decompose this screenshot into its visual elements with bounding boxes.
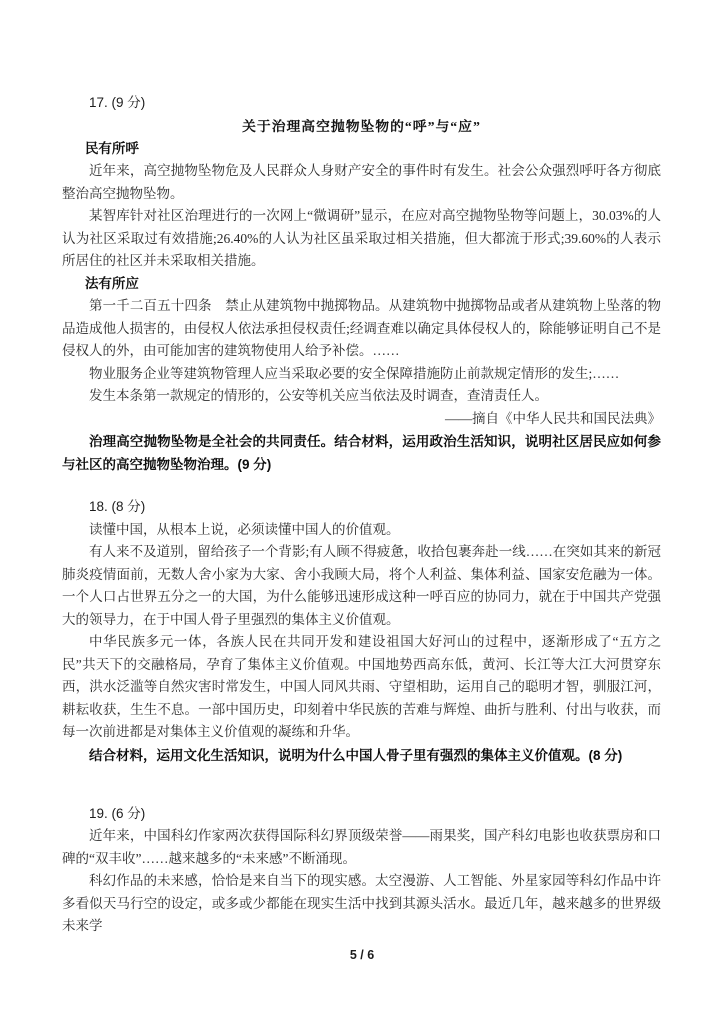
question-18-task: 结合材料，运用文化生活知识，说明为什么中国人骨子里有强烈的集体主义价值观。(8 …: [62, 744, 661, 767]
question-17-paragraph-5: 发生本条第一款规定的情形的，公安等机关应当依法及时调查，查清责任人。: [62, 385, 661, 408]
question-17-source-attribution: ——摘自《中华人民共和国民法典》: [62, 408, 661, 431]
document-page-content: 17. (9 分) 关于治理高空抛物坠物的“呼”与“应” 民有所呼 近年来，高空…: [62, 92, 661, 938]
page-number: 5 / 6: [0, 948, 724, 962]
question-17-material-title: 关于治理高空抛物坠物的“呼”与“应”: [62, 115, 661, 138]
question-18-number: 18. (8 分): [62, 496, 661, 519]
question-17-section-heading-2: 法有所应: [62, 273, 661, 296]
question-17-task: 治理高空抛物坠物是全社会的共同责任。结合材料，运用政治生活知识，说明社区居民应如…: [62, 430, 661, 476]
question-19-paragraph-1: 近年来，中国科幻作家两次获得国际科幻界顶级荣誉——雨果奖，国产科幻电影也收获票房…: [62, 825, 661, 870]
question-17-paragraph-4: 物业服务企业等建筑物管理人应当采取必要的安全保障措施防止前款规定情形的发生;……: [62, 363, 661, 386]
question-17-number: 17. (9 分): [62, 92, 661, 115]
question-17-paragraph-1: 近年来，高空抛物坠物危及人民群众人身财产安全的事件时有发生。社会公众强烈呼吁各方…: [62, 160, 661, 205]
question-18-paragraph-3: 中华民族多元一体，各族人民在共同开发和建设祖国大好河山的过程中，逐渐形成了“五方…: [62, 631, 661, 744]
question-18: 18. (8 分) 读懂中国，从根本上说，必须读懂中国人的价值观。 有人来不及道…: [62, 496, 661, 767]
question-19: 19. (6 分) 近年来，中国科幻作家两次获得国际科幻界顶级荣誉——雨果奖，国…: [62, 803, 661, 938]
section-spacer: [62, 767, 661, 803]
question-17-paragraph-3: 第一千二百五十四条 禁止从建筑物中抛掷物品。从建筑物中抛掷物品或者从建筑物上坠落…: [62, 295, 661, 363]
question-17: 17. (9 分) 关于治理高空抛物坠物的“呼”与“应” 民有所呼 近年来，高空…: [62, 92, 661, 476]
question-19-number: 19. (6 分): [62, 803, 661, 826]
question-18-paragraph-1: 读懂中国，从根本上说，必须读懂中国人的价值观。: [62, 519, 661, 542]
question-18-paragraph-2: 有人来不及道别，留给孩子一个背影;有人顾不得疲惫，收拾包裹奔赴一线……在突如其来…: [62, 541, 661, 631]
question-17-paragraph-2: 某智库针对社区治理进行的一次网上“微调研”显示，在应对高空抛物坠物等问题上，30…: [62, 205, 661, 273]
question-17-section-heading-1: 民有所呼: [62, 138, 661, 161]
question-19-paragraph-2: 科幻作品的未来感，恰恰是来自当下的现实感。太空漫游、人工智能、外星家园等科幻作品…: [62, 870, 661, 938]
section-spacer: [62, 476, 661, 496]
